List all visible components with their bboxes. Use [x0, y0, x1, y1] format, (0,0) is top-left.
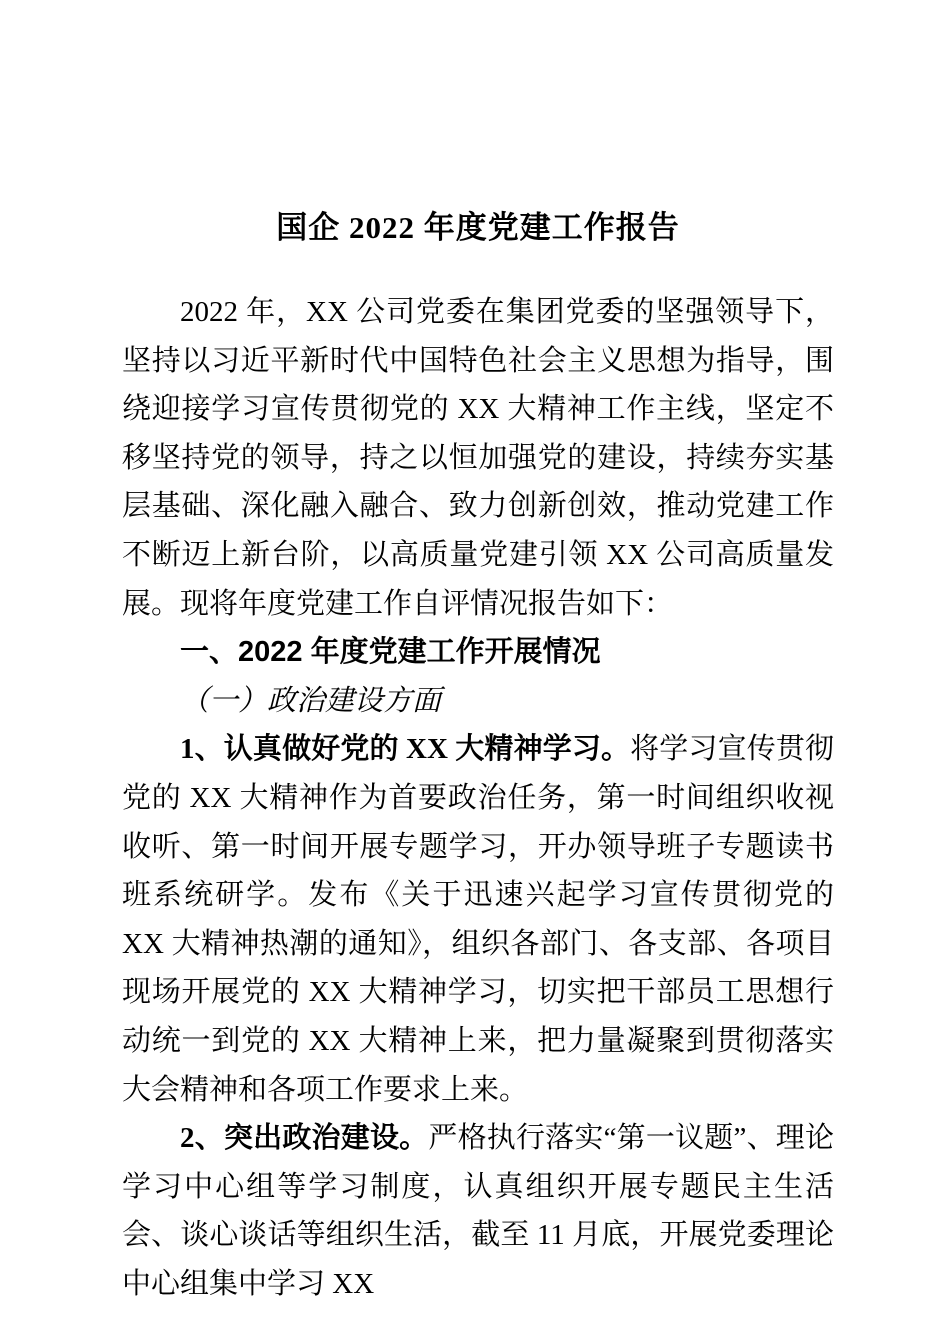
paragraph-intro: 2022 年，XX 公司党委在集团党委的坚强领导下，坚持以习近平新时代中国特色社… — [122, 288, 834, 628]
document-content: 国企 2022 年度党建工作报告 2022 年，XX 公司党委在集团党委的坚强领… — [122, 203, 834, 1308]
paragraph-item-1-text: 将学习宣传贯彻党的 XX 大精神作为首要政治任务，第一时间组织收视收听、第一时间… — [122, 733, 834, 1105]
subsection-heading-1-1: （一）政治建设方面 — [122, 677, 834, 726]
document-title: 国企 2022 年度党建工作报告 — [122, 203, 834, 252]
paragraph-item-2: 2、突出政治建设。严格执行落实“第一议题”、理论学习中心组等学习制度，认真组织开… — [122, 1114, 834, 1308]
paragraph-item-2-lead: 2、突出政治建设。 — [180, 1122, 428, 1154]
paragraph-item-1-lead: 1、认真做好党的 XX 大精神学习。 — [180, 733, 630, 765]
document-page: 国企 2022 年度党建工作报告 2022 年，XX 公司党委在集团党委的坚强领… — [0, 0, 950, 1344]
paragraph-item-1: 1、认真做好党的 XX 大精神学习。将学习宣传贯彻党的 XX 大精神作为首要政治… — [122, 725, 834, 1114]
section-heading-1: 一、2022 年度党建工作开展情况 — [122, 628, 834, 677]
